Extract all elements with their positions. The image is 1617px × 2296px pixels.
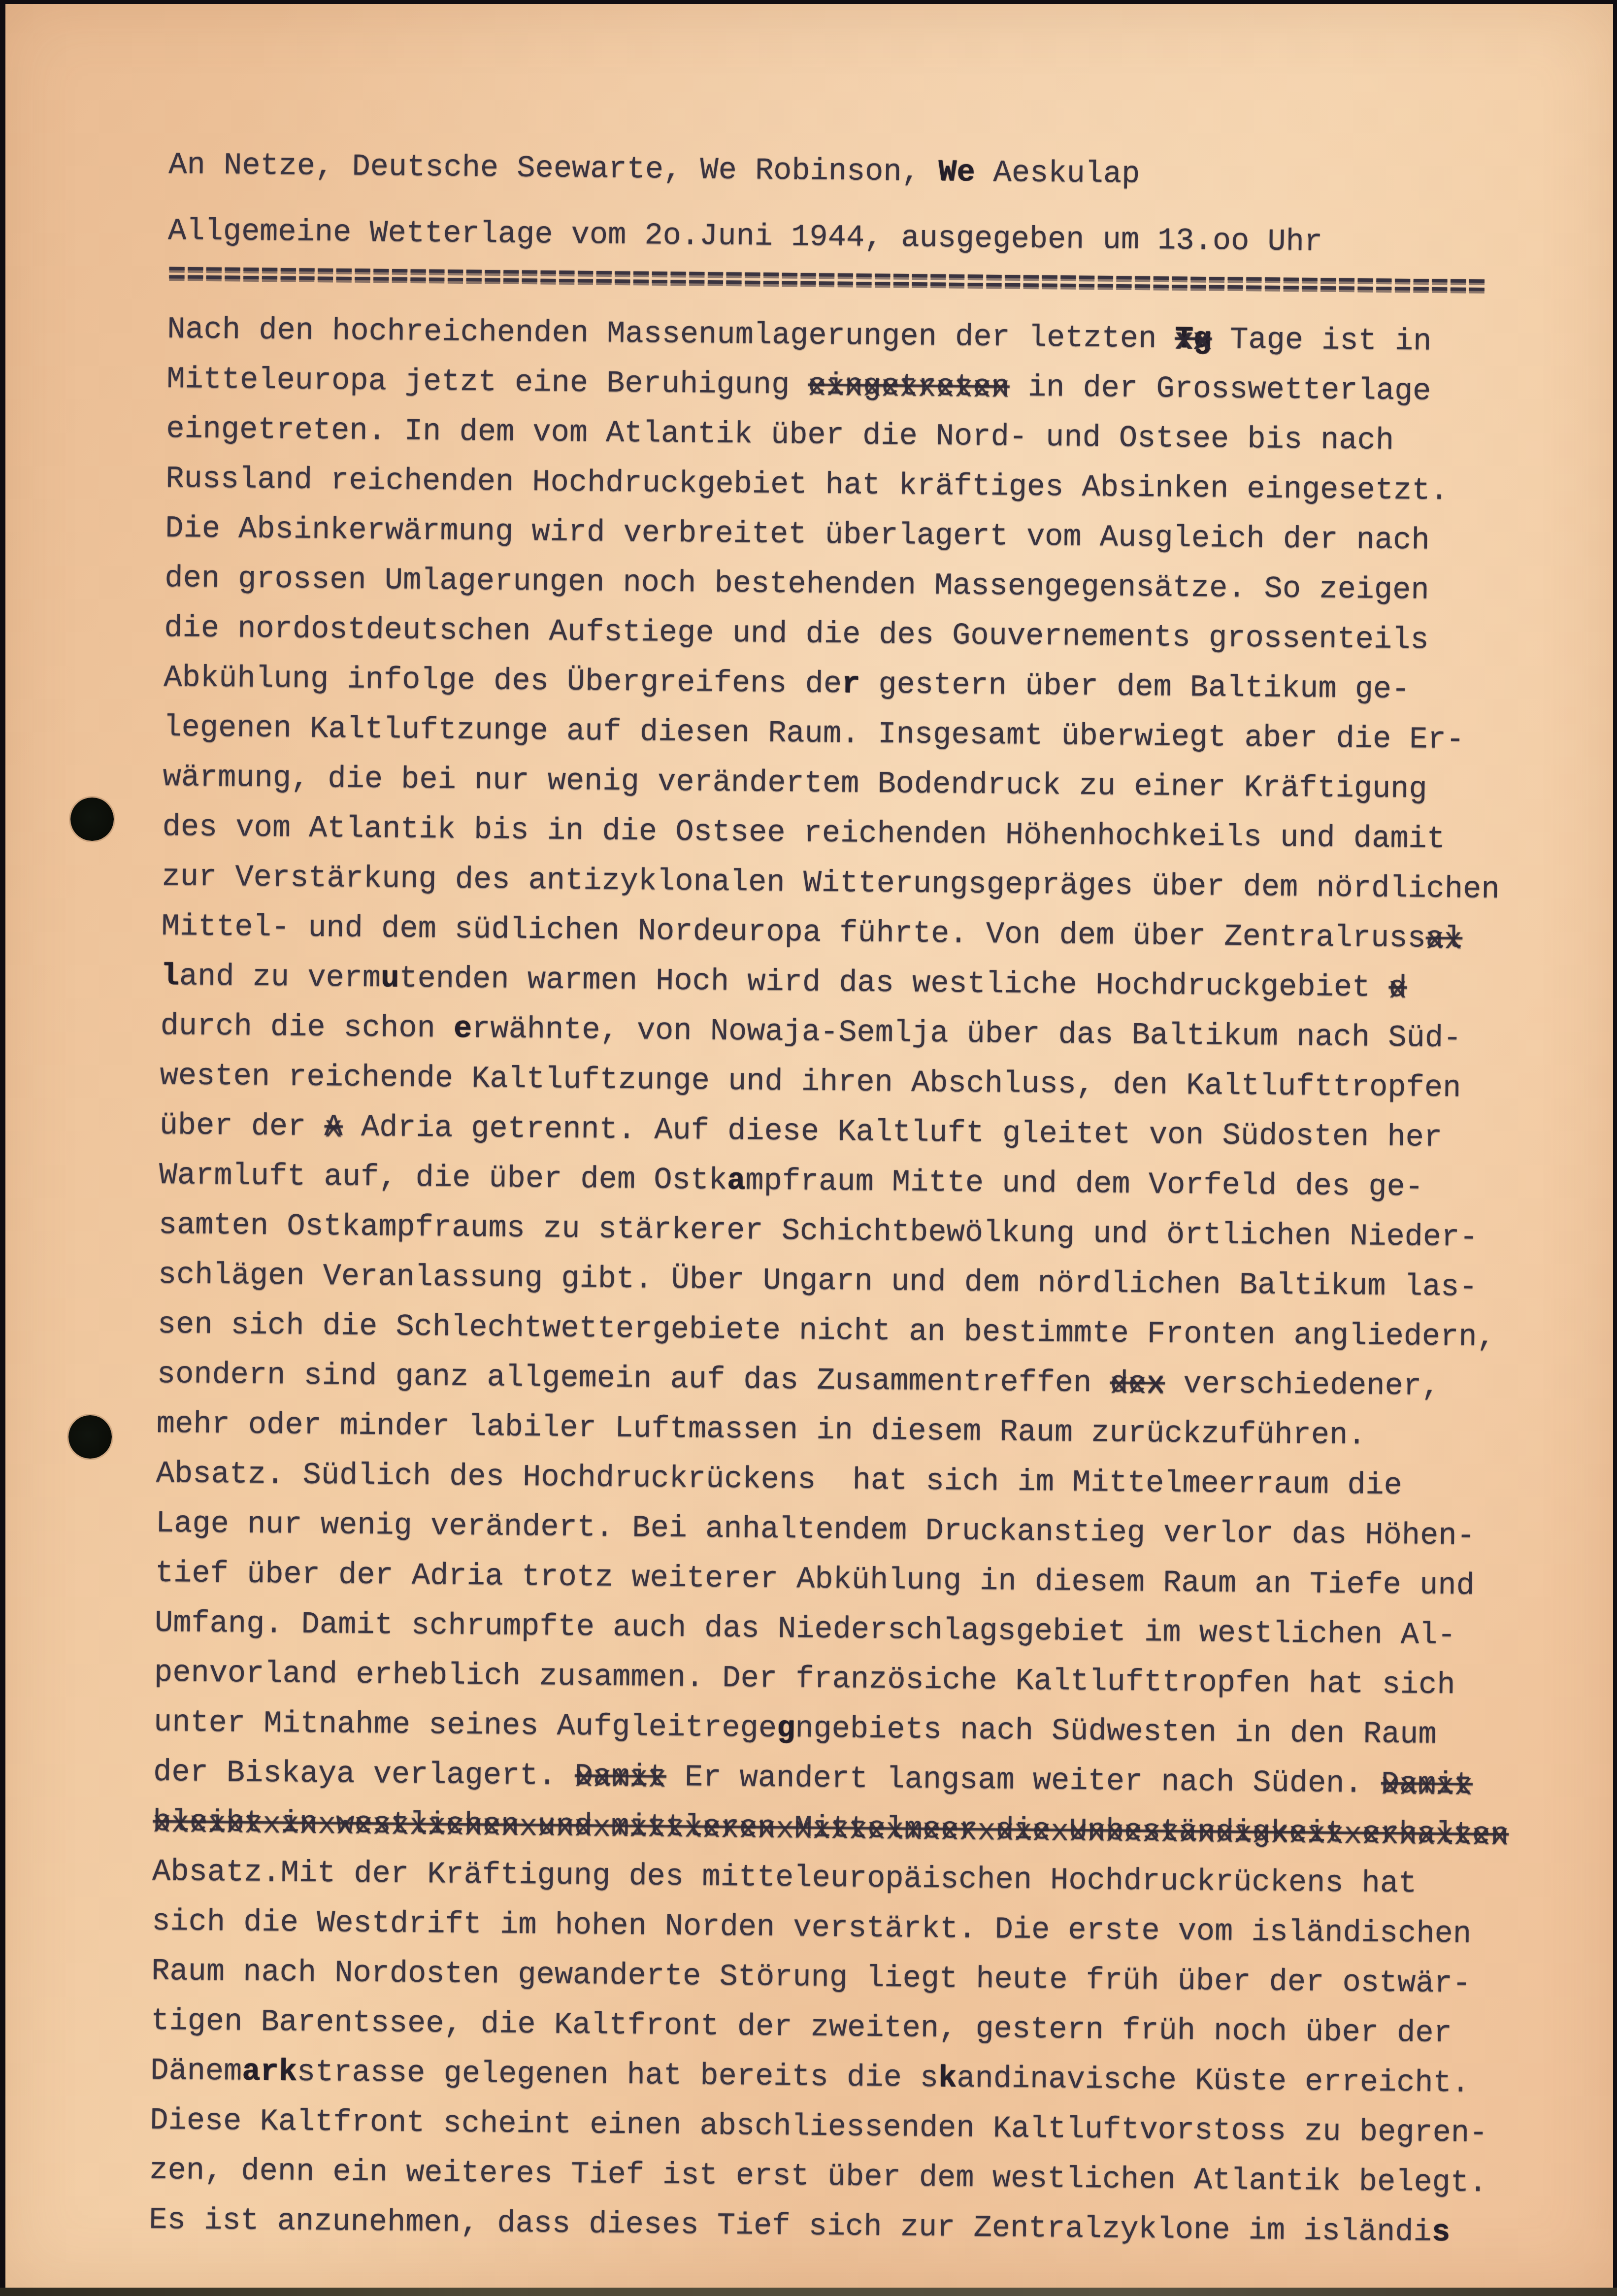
text-segment: Nach den hochreichenden Massenumlagerung… [167, 312, 1175, 357]
text-segment: die nordostdeutschen Aufstiege und die d… [164, 610, 1429, 658]
text-segment: unter Mitnahme seines Aufgleitrege [154, 1705, 777, 1746]
struck-out-text: Damit [574, 1751, 666, 1802]
text-segment: Dänem [150, 2053, 242, 2089]
text-segment: mpfraum Mitte und dem Vorfeld des ge- [745, 1163, 1423, 1204]
struck-out-text: dex [1110, 1358, 1165, 1408]
text-segment: mehr oder minder labiler Luftmassen in d… [157, 1406, 1366, 1453]
text-segment: eingetreten. In dem vom Atlantik über di… [166, 411, 1394, 458]
text-segment: den grossen Umlagerungen noch bestehende… [165, 561, 1429, 608]
text-segment: Mitteleuropa jetzt eine Beruhigung [166, 362, 808, 402]
struck-out-text: Damit [1381, 1759, 1473, 1810]
hole-punch-bottom [68, 1415, 112, 1459]
text-segment: samten Ostkampfraums zu stärkerer Schich… [159, 1207, 1478, 1255]
text-segment: Abkühlung infolge des Übergreifens de [164, 660, 842, 701]
overtyped-text: We [938, 155, 975, 190]
text-segment: ngebiets nach Südwesten in den Raum [795, 1711, 1437, 1752]
overtyped-text: e [454, 1011, 472, 1046]
text-segment: ========================================… [167, 257, 1486, 305]
text-segment: penvorland erheblich zusammen. Der franz… [154, 1655, 1455, 1702]
text-segment: Mittel- und dem südlichen Nordeuropa füh… [161, 909, 1426, 956]
text-segment: An Netze, Deutsche Seewarte, We Robinson… [168, 147, 938, 190]
struck-out-text: d [1388, 963, 1407, 1013]
struck-out-text: al [1425, 914, 1462, 964]
text-segment: Warmluft auf, die über dem Ostk [159, 1158, 727, 1198]
text-segment: Russland reichenden Hochdruckgebiet hat … [165, 461, 1449, 508]
text-segment: des vom Atlantik bis in die Ostsee reich… [162, 809, 1445, 857]
text-segment: tenden warmen Hoch wird das westliche Ho… [399, 961, 1389, 1005]
text-segment: Absatz.Mit der Kräftigung des mitteleuro… [152, 1854, 1417, 1901]
text-segment: zur Verstärkung des antizyklonalen Witte… [162, 859, 1500, 907]
text-segment: Tage ist in [1212, 322, 1432, 359]
text-segment: westen reichende Kaltluftzunge und ihren… [160, 1058, 1461, 1105]
scan-bottom-edge [0, 2288, 1617, 2296]
text-segment: schlägen Veranlassung gibt. Über Ungarn … [158, 1257, 1478, 1305]
header-line: An Netze, Deutsche Seewarte, We Robinson… [168, 140, 1525, 202]
overtyped-text: u [381, 961, 399, 996]
text-segment: verschiedener, [1165, 1366, 1440, 1404]
text-segment: legenen Kaltluftzunge auf diesen Raum. I… [163, 710, 1464, 757]
text-segment: wärmung, die bei nur wenig verändertem B… [163, 760, 1427, 807]
text-segment: and zu verm [179, 959, 381, 996]
text-segment: gestern über dem Baltikum ge- [860, 667, 1410, 707]
paper-sheet: An Netze, Deutsche Seewarte, We Robinson… [5, 4, 1613, 2288]
text-segment: Umfang. Damit schrumpfte auch das Nieder… [155, 1605, 1456, 1653]
text-segment: durch die schon [160, 1008, 454, 1046]
text-segment: andinavische Küste erreicht. [957, 2061, 1470, 2101]
hole-punch-top [70, 798, 114, 841]
overtyped-text: ark [242, 2054, 297, 2090]
text-segment: Absatz. Südlich des Hochdruckrückens hat… [156, 1456, 1403, 1503]
text-segment: Adria getrennt. Auf diese Kaltluft gleit… [343, 1109, 1443, 1155]
text-segment: Es ist anzunehmen, dass dieses Tief sich… [149, 2202, 1432, 2250]
overtyped-text: k [938, 2061, 957, 2096]
struck-out-text: Tg [1175, 314, 1212, 365]
text-segment: Lage nur wenig verändert. Bei anhaltende… [156, 1506, 1475, 1554]
text-segment: zen, denn ein weiteres Tief ist erst übe… [149, 2153, 1487, 2200]
text-segment: tief über der Adria trotz weiterer Abküh… [155, 1556, 1475, 1603]
text-segment: sich die Westdrift im hohen Norden verst… [152, 1904, 1471, 1952]
text-column: An Netze, Deutsche Seewarte, We Robinson… [149, 140, 1525, 2258]
text-segment: strasse gelegenen hat bereits die s [297, 2055, 939, 2096]
text-segment: Aeskulap [975, 155, 1140, 192]
struck-out-text: A [324, 1102, 343, 1152]
text-segment: Er wandert langsam weiter nach Süden. [666, 1760, 1382, 1801]
text-segment: über der [159, 1108, 325, 1144]
overtyped-text: a [727, 1163, 746, 1198]
overtyped-text: s [1431, 2215, 1450, 2250]
overtyped-text: l [161, 959, 179, 994]
overtyped-text: r [842, 666, 860, 701]
text-segment: tigen Barentssee, die Kaltfront der zwei… [151, 2003, 1452, 2051]
text-segment: rwähnte, von Nowaja-Semlja über das Balt… [472, 1011, 1462, 1056]
overtyped-text: g [777, 1711, 795, 1746]
text-segment: sondern sind ganz allgemein auf das Zusa… [157, 1357, 1110, 1401]
text-segment: Die Absinkerwärmung wird verbreitet über… [165, 511, 1430, 558]
text-segment: Raum nach Nordosten gewanderte Störung l… [151, 1954, 1471, 2001]
struck-out-text: eingetreten [808, 360, 1010, 412]
text-segment: der Biskaya verlagert. [153, 1755, 575, 1794]
text-segment: sen sich die Schlechtwettergebiete nicht… [158, 1307, 1496, 1355]
text-segment: in der Grosswetterlage [1009, 369, 1431, 408]
scanned-document: { "document": { "kind": "typewritten-wea… [0, 0, 1617, 2296]
text-segment: Diese Kaltfront scheint einen abschliess… [150, 2103, 1488, 2151]
